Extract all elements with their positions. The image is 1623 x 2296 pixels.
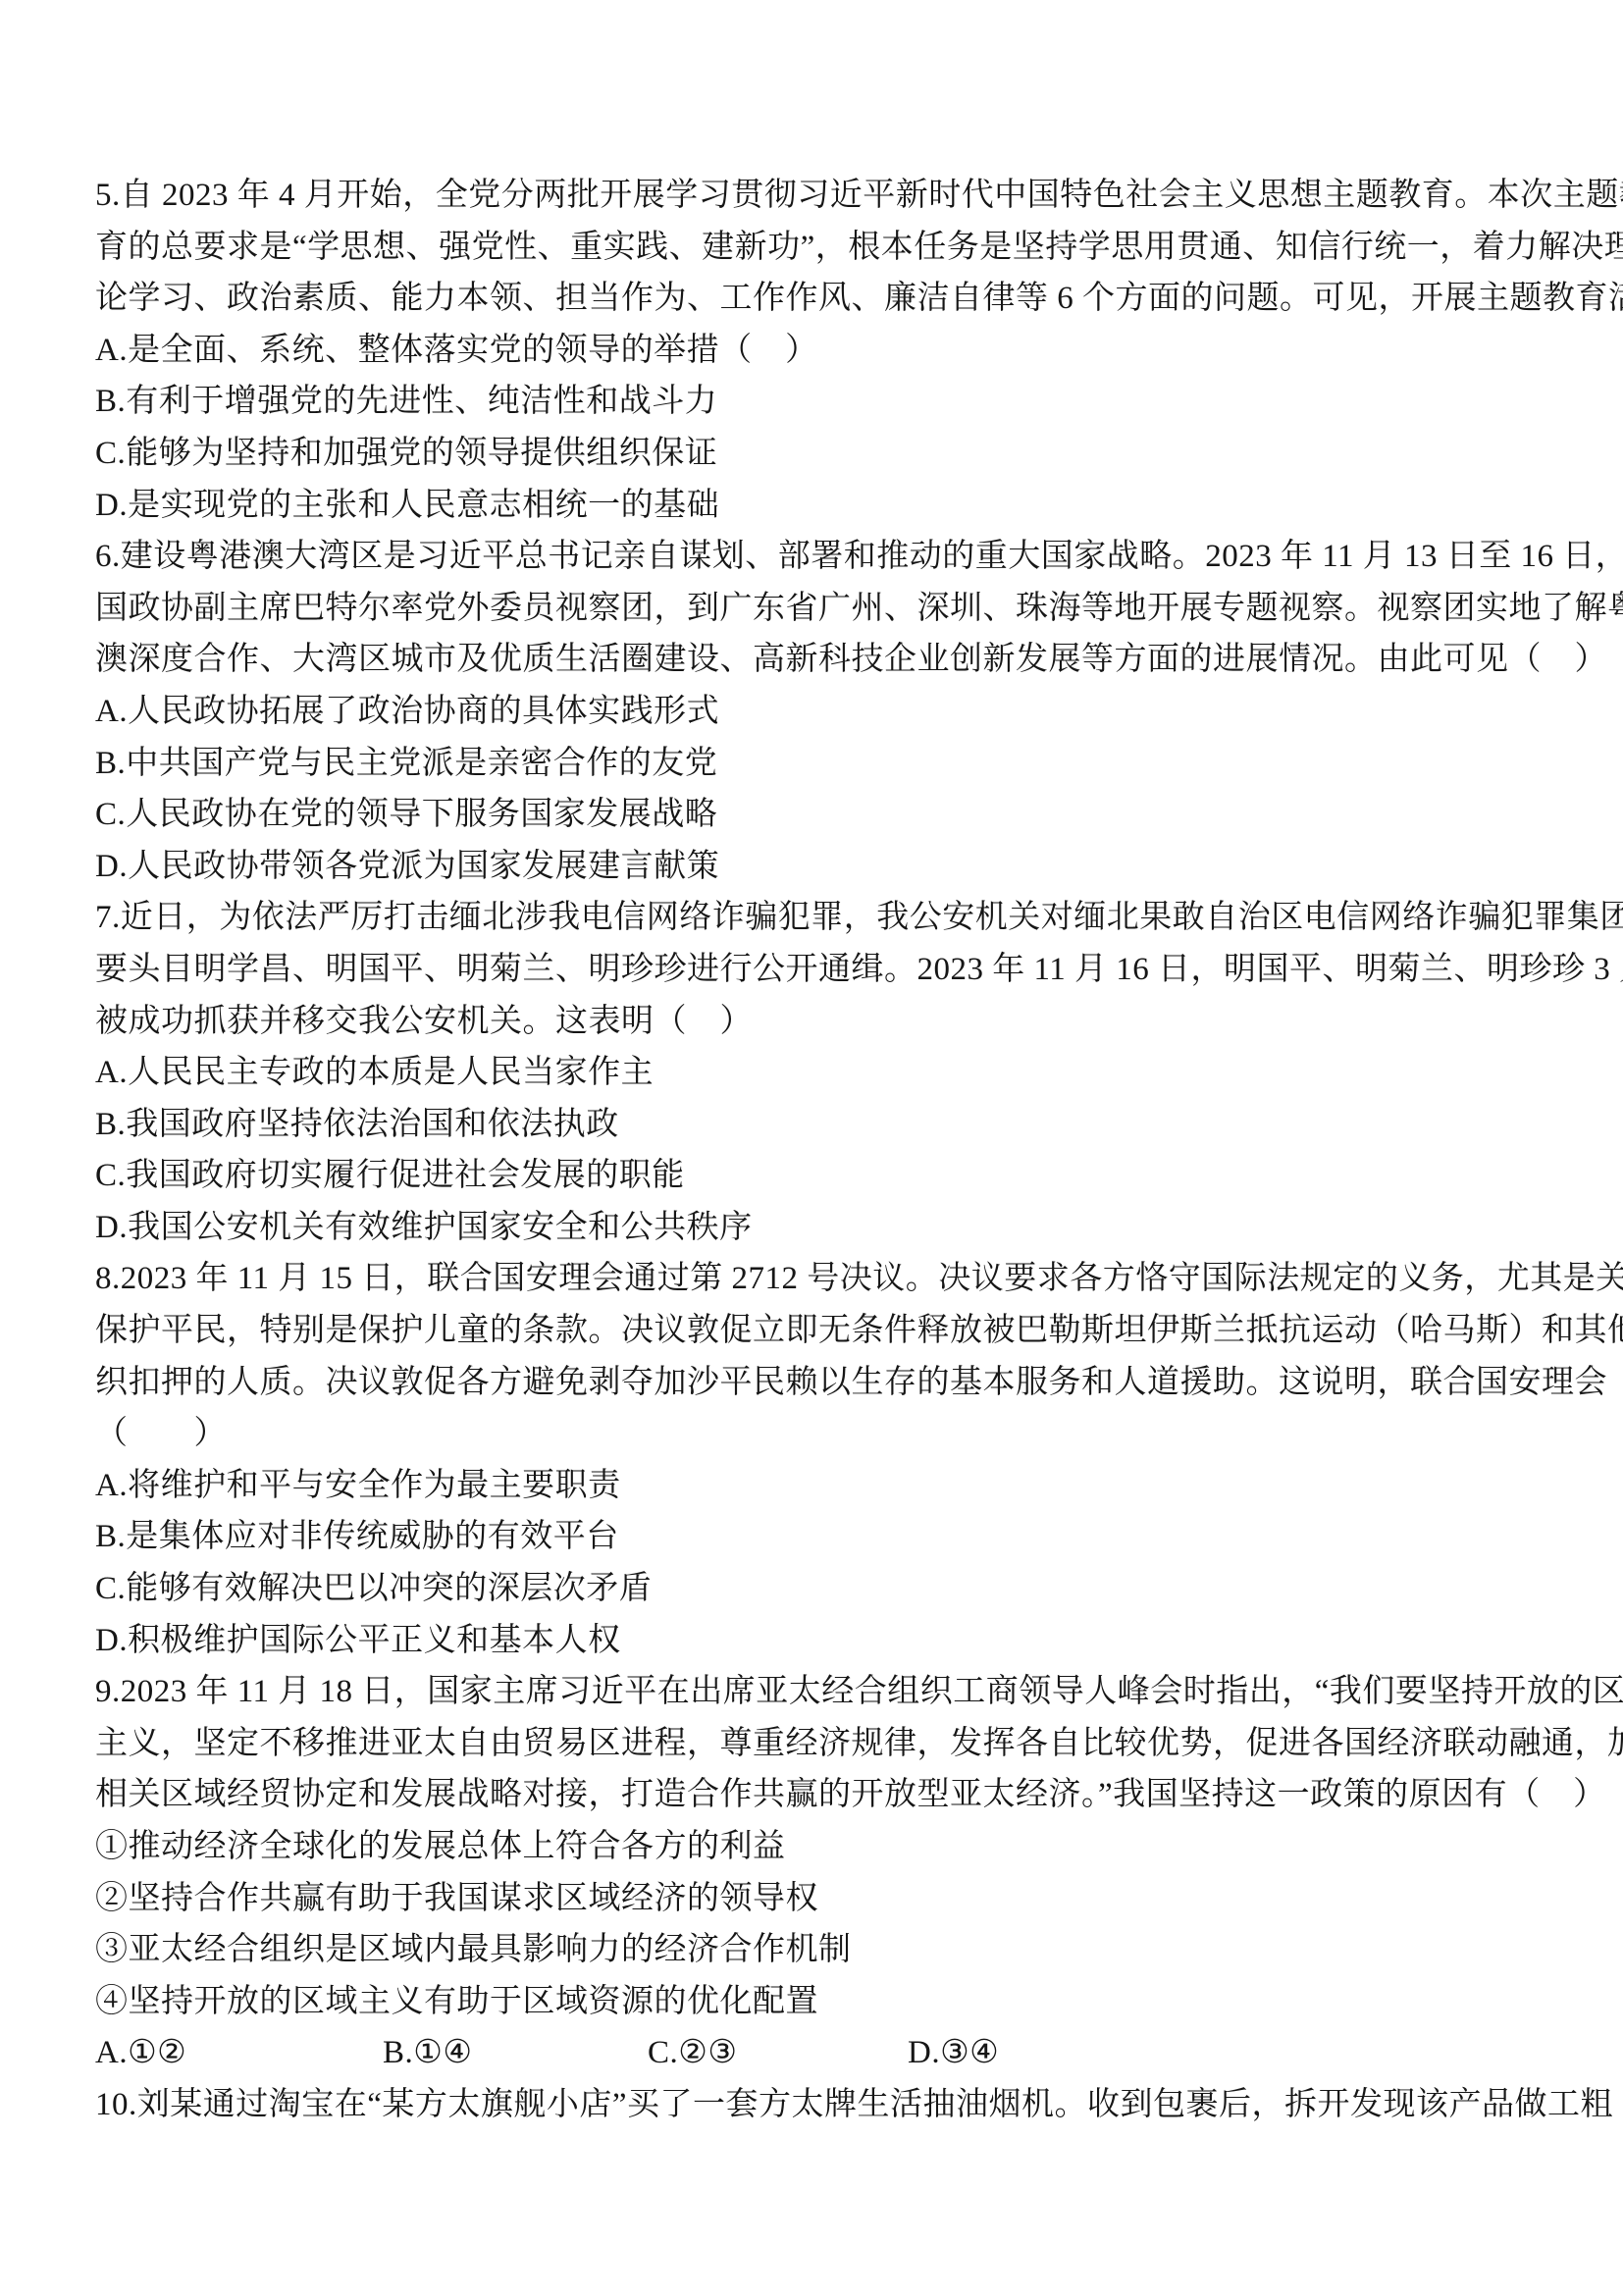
question-7-body-line-3: 被成功抓获并移交我公安机关。这表明（ ） xyxy=(95,996,1538,1048)
question-9-body-line-1: 9.2023 年 11 月 18 日，国家主席习近平在出席亚太经合组织工商领导人… xyxy=(95,1666,1538,1718)
question-9-item-3: ③亚太经合组织是区域内最具影响力的经济合作机制 xyxy=(95,1924,1538,1976)
question-5-option-c: C.能够为坚持和加强党的领导提供组织保证 xyxy=(95,428,1538,480)
question-7-option-c: C.我国政府切实履行促进社会发展的职能 xyxy=(95,1150,1538,1202)
question-10-body-line-1: 10.刘某通过淘宝在“某方太旗舰小店”买了一套方太牌生活抽油烟机。收到包裹后，拆… xyxy=(95,2079,1538,2131)
question-6-body-line-2: 国政协副主席巴特尔率党外委员视察团，到广东省广州、深圳、珠海等地开展专题视察。视… xyxy=(95,583,1538,635)
question-5: 5.自 2023 年 4 月开始，全党分两批开展学习贯彻习近平新时代中国特色社会… xyxy=(95,170,1538,531)
question-9-choice-c: C.②③ xyxy=(648,2027,737,2079)
question-6-body-line-1: 6.建设粤港澳大湾区是习近平总书记亲自谋划、部署和推动的重大国家战略。2023 … xyxy=(95,531,1538,583)
question-6-body-line-3: 澳深度合作、大湾区城市及优质生活圈建设、高新科技企业创新发展等方面的进展情况。由… xyxy=(95,634,1538,686)
question-6-option-b: B.中共国产党与民主党派是亲密合作的友党 xyxy=(95,738,1538,790)
question-9-item-4: ④坚持开放的区域主义有助于区域资源的优化配置 xyxy=(95,1976,1538,2028)
question-8-body-line-4: （ ） xyxy=(95,1408,1538,1460)
question-8-body-line-2: 保护平民，特别是保护儿童的条款。决议敦促立即无条件释放被巴勒斯坦伊斯兰抵抗运动（… xyxy=(95,1305,1538,1357)
question-5-option-b: B.有利于增强党的先进性、纯洁性和战斗力 xyxy=(95,376,1538,428)
question-6-option-a: A.人民政协拓展了政治协商的具体实践形式 xyxy=(95,686,1538,738)
question-9: 9.2023 年 11 月 18 日，国家主席习近平在出席亚太经合组织工商领导人… xyxy=(95,1666,1538,2079)
question-5-option-d: D.是实现党的主张和人民意志相统一的基础 xyxy=(95,480,1538,532)
question-7-body-line-2: 要头目明学昌、明国平、明菊兰、明珍珍进行公开通缉。2023 年 11 月 16 … xyxy=(95,944,1538,996)
question-7-body-line-1: 7.近日，为依法严厉打击缅北涉我电信网络诈骗犯罪，我公安机关对缅北果敢自治区电信… xyxy=(95,892,1538,944)
question-7-option-d: D.我国公安机关有效维护国家安全和公共秩序 xyxy=(95,1202,1538,1254)
question-8-body-line-1: 8.2023 年 11 月 15 日，联合国安理会通过第 2712 号决议。决议… xyxy=(95,1253,1538,1305)
question-8-option-d: D.积极维护国际公平正义和基本人权 xyxy=(95,1615,1538,1667)
question-8-option-a: A.将维护和平与安全作为最主要职责 xyxy=(95,1460,1538,1512)
question-9-body-line-3: 相关区域经贸协定和发展战略对接，打造合作共赢的开放型亚太经济。”我国坚持这一政策… xyxy=(95,1769,1538,1821)
question-8-option-b: B.是集体应对非传统威胁的有效平台 xyxy=(95,1511,1538,1563)
question-9-item-1: ①推动经济全球化的发展总体上符合各方的利益 xyxy=(95,1821,1538,1873)
exam-page: 5.自 2023 年 4 月开始，全党分两批开展学习贯彻习近平新时代中国特色社会… xyxy=(0,0,1623,2296)
question-9-choices: A.①② B.①④ C.②③ D.③④ xyxy=(95,2027,1538,2079)
question-9-item-2: ②坚持合作共赢有助于我国谋求区域经济的领导权 xyxy=(95,1873,1538,1925)
question-5-body-line-2: 育的总要求是“学思想、强党性、重实践、建新功”，根本任务是坚持学思用贯通、知信行… xyxy=(95,222,1538,274)
question-7: 7.近日，为依法严厉打击缅北涉我电信网络诈骗犯罪，我公安机关对缅北果敢自治区电信… xyxy=(95,892,1538,1253)
question-list: 5.自 2023 年 4 月开始，全党分两批开展学习贯彻习近平新时代中国特色社会… xyxy=(95,170,1538,2131)
question-9-choice-b: B.①④ xyxy=(383,2027,472,2079)
question-5-option-a: A.是全面、系统、整体落实党的领导的举措（ ） xyxy=(95,325,1538,377)
question-9-choice-d: D.③④ xyxy=(908,2027,999,2079)
question-9-body-line-2: 主义，坚定不移推进亚太自由贸易区进程，尊重经济规律，发挥各自比较优势，促进各国经… xyxy=(95,1718,1538,1770)
question-7-option-a: A.人民民主专政的本质是人民当家作主 xyxy=(95,1047,1538,1099)
question-6: 6.建设粤港澳大湾区是习近平总书记亲自谋划、部署和推动的重大国家战略。2023 … xyxy=(95,531,1538,892)
question-5-body-line-3: 论学习、政治素质、能力本领、担当作为、工作作风、廉洁自律等 6 个方面的问题。可… xyxy=(95,273,1538,325)
question-8: 8.2023 年 11 月 15 日，联合国安理会通过第 2712 号决议。决议… xyxy=(95,1253,1538,1666)
question-6-option-d: D.人民政协带领各党派为国家发展建言献策 xyxy=(95,841,1538,893)
question-9-choice-a: A.①② xyxy=(95,2027,186,2079)
question-8-option-c: C.能够有效解决巴以冲突的深层次矛盾 xyxy=(95,1563,1538,1615)
question-6-option-c: C.人民政协在党的领导下服务国家发展战略 xyxy=(95,789,1538,841)
question-7-option-b: B.我国政府坚持依法治国和依法执政 xyxy=(95,1099,1538,1151)
question-5-body-line-1: 5.自 2023 年 4 月开始，全党分两批开展学习贯彻习近平新时代中国特色社会… xyxy=(95,170,1538,222)
question-10: 10.刘某通过淘宝在“某方太旗舰小店”买了一套方太牌生活抽油烟机。收到包裹后，拆… xyxy=(95,2079,1538,2131)
question-8-body-line-3: 织扣押的人质。决议敦促各方避免剥夺加沙平民赖以生存的基本服务和人道援助。这说明，… xyxy=(95,1357,1538,1409)
